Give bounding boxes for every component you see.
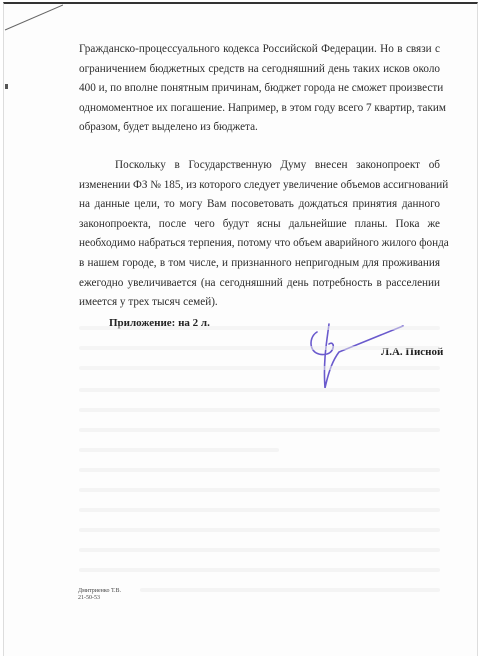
contact-block: Дмитриенко Т.В. 21-50-53 bbox=[78, 588, 121, 602]
folded-corner-mark bbox=[3, 3, 63, 31]
text-line: Поскольку в Государственную Думу внесен … bbox=[79, 156, 440, 176]
paragraph-legislation: Поскольку в Государственную Думу внесен … bbox=[79, 156, 440, 313]
text-line: изменении ФЗ № 185, из которого следует … bbox=[79, 176, 440, 196]
bleed-through-line bbox=[79, 326, 440, 330]
bleed-through-line bbox=[79, 346, 440, 350]
contact-phone: 21-50-53 bbox=[78, 595, 121, 602]
bleed-through-line bbox=[79, 568, 440, 572]
text-line: законопроекта, после чего будут ясны дал… bbox=[79, 215, 440, 235]
bleed-through-line bbox=[79, 408, 440, 412]
bleed-through-line bbox=[79, 468, 440, 472]
text-line: ограничением бюджетных средств на сегодн… bbox=[79, 60, 440, 80]
bleed-through-line bbox=[140, 588, 440, 592]
margin-mark bbox=[5, 84, 8, 89]
bleed-through-line bbox=[79, 448, 279, 452]
contact-name: Дмитриенко Т.В. bbox=[78, 588, 121, 595]
bleed-through-line bbox=[79, 428, 440, 432]
text-line: 400 и, по вполне понятным причинам, бюдж… bbox=[79, 79, 440, 99]
bleed-through-line bbox=[79, 388, 440, 392]
bleed-through-line bbox=[79, 366, 440, 370]
paragraph-budget: Гражданско-процессуального кодекса Росси… bbox=[79, 40, 440, 138]
bleed-through-line bbox=[79, 548, 440, 552]
text-line: имеется у трех тысяч семей). bbox=[79, 293, 440, 313]
text-line: на данные цели, то могу Вам посоветовать… bbox=[79, 195, 440, 215]
text-line: ежегодно увеличивается (на сегодняшний д… bbox=[79, 274, 440, 294]
text-line: Гражданско-процессуального кодекса Росси… bbox=[79, 40, 440, 60]
text-line: в нашем городе, в том числе, и признанно… bbox=[79, 254, 440, 274]
text-line: необходимо набраться терпения, потому чт… bbox=[79, 234, 440, 254]
bleed-through-line bbox=[79, 488, 440, 492]
bleed-through-line bbox=[79, 508, 440, 512]
text-line: одномоментное их погашение. Например, в … bbox=[79, 99, 440, 119]
text-line: образом, будет выделено из бюджета. bbox=[79, 118, 440, 138]
bleed-through-line bbox=[79, 528, 440, 532]
